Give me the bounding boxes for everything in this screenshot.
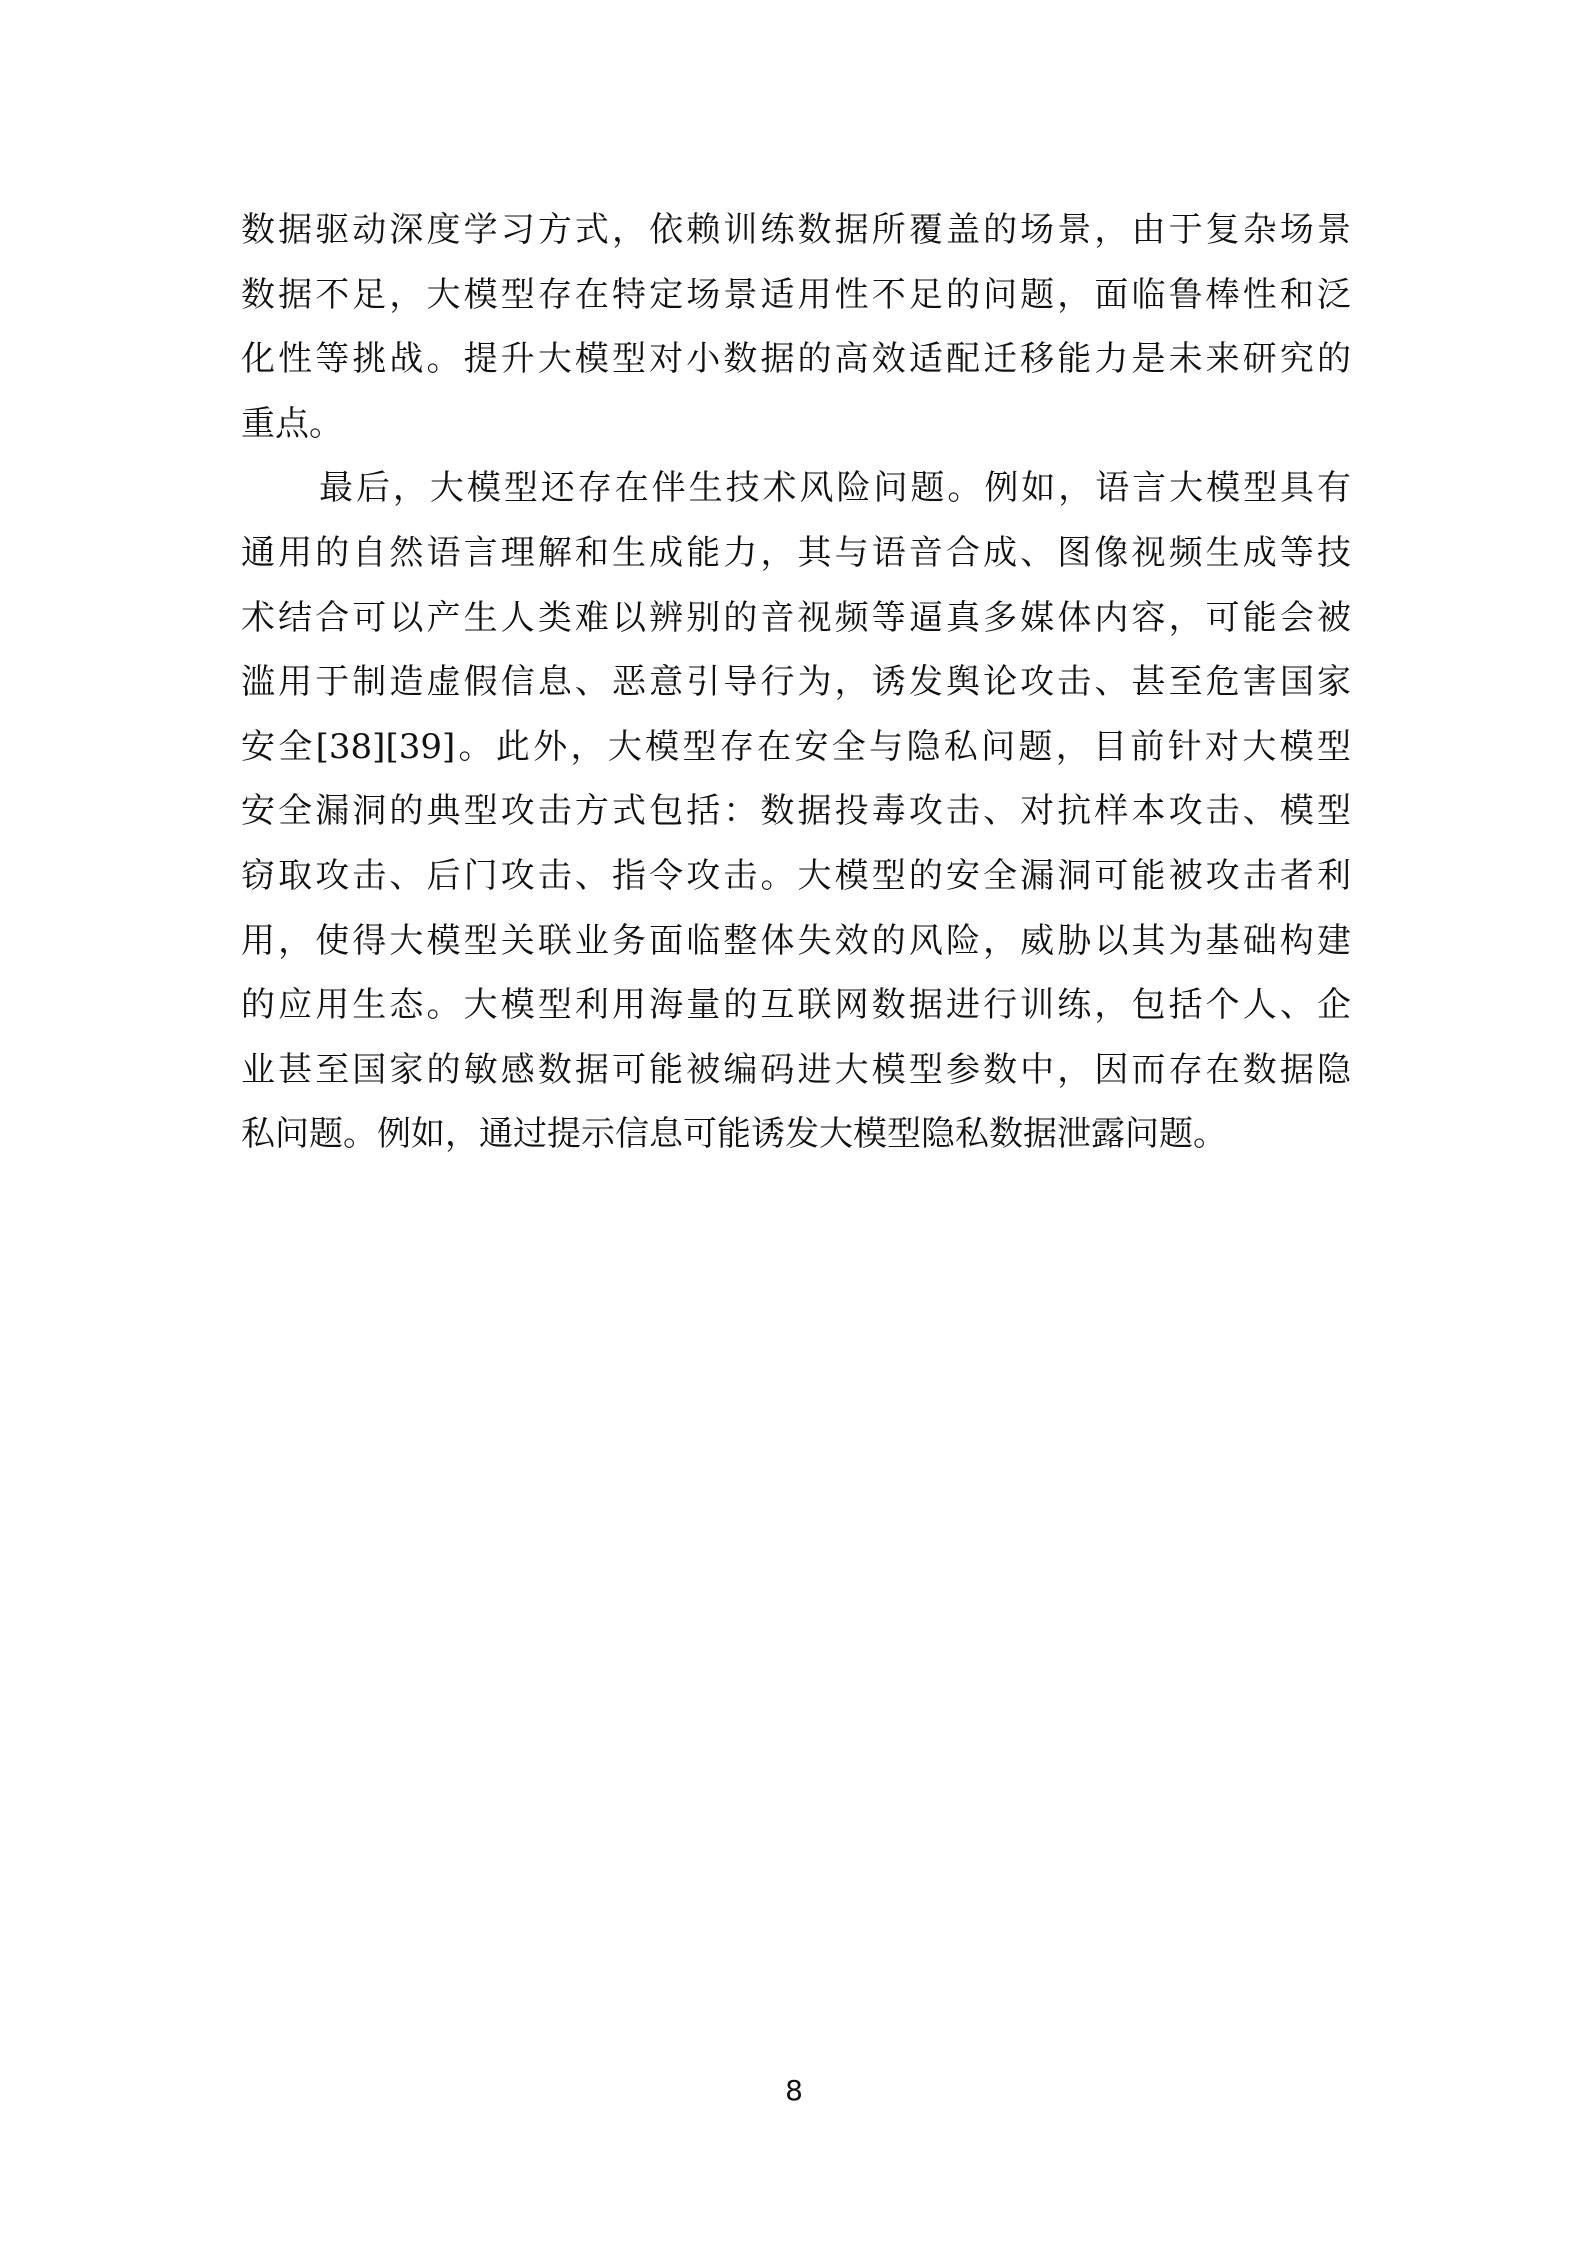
text-line: 安全漏洞的典型攻击方式包括：数据投毒攻击、对抗样本攻击、模型: [241, 779, 1351, 844]
paragraph-1: 数据驱动深度学习方式，依赖训练数据所覆盖的场景，由于复杂场景 数据不足，大模型存…: [241, 198, 1351, 456]
text-line: 通用的自然语言理解和生成能力，其与语音合成、图像视频生成等技: [241, 521, 1351, 586]
text-line: 术结合可以产生人类难以辨别的音视频等逼真多媒体内容，可能会被: [241, 586, 1351, 651]
paragraph-2: 最后，大模型还存在伴生技术风险问题。例如，语言大模型具有 通用的自然语言理解和生…: [241, 456, 1351, 1167]
text-line: 重点。: [241, 392, 1351, 457]
text-line: 私问题。例如，通过提示信息可能诱发大模型隐私数据泄露问题。: [241, 1102, 1351, 1167]
text-line: 最后，大模型还存在伴生技术风险问题。例如，语言大模型具有: [241, 456, 1351, 521]
text-line: 安全[38][39]。此外，大模型存在安全与隐私问题，目前针对大模型: [241, 715, 1351, 780]
text-line: 数据不足，大模型存在特定场景适用性不足的问题，面临鲁棒性和泛: [241, 263, 1351, 328]
body-text: 数据驱动深度学习方式，依赖训练数据所覆盖的场景，由于复杂场景 数据不足，大模型存…: [241, 198, 1351, 1167]
text-line: 业甚至国家的敏感数据可能被编码进大模型参数中，因而存在数据隐: [241, 1038, 1351, 1103]
text-line: 窃取攻击、后门攻击、指令攻击。大模型的安全漏洞可能被攻击者利: [241, 844, 1351, 909]
text-line: 化性等挑战。提升大模型对小数据的高效适配迁移能力是未来研究的: [241, 327, 1351, 392]
page-number: 8: [0, 2074, 1588, 2107]
text-line: 滥用于制造虚假信息、恶意引导行为，诱发舆论攻击、甚至危害国家: [241, 650, 1351, 715]
text-line: 数据驱动深度学习方式，依赖训练数据所覆盖的场景，由于复杂场景: [241, 198, 1351, 263]
document-page: 数据驱动深度学习方式，依赖训练数据所覆盖的场景，由于复杂场景 数据不足，大模型存…: [0, 0, 1588, 2245]
text-line: 用，使得大模型关联业务面临整体失效的风险，威胁以其为基础构建: [241, 909, 1351, 974]
text-line: 的应用生态。大模型利用海量的互联网数据进行训练，包括个人、企: [241, 973, 1351, 1038]
